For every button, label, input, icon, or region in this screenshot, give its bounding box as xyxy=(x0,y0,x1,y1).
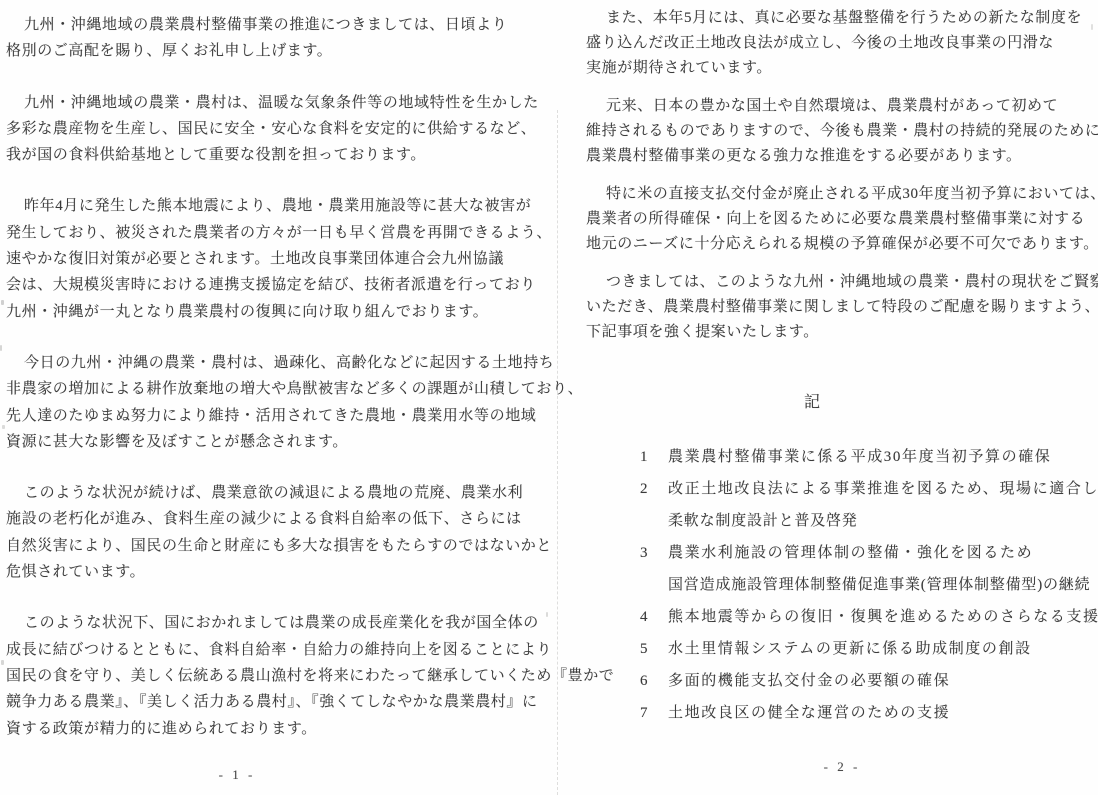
paragraph-environment: 元来、日本の豊かな国土や自然環境は、農業農村があって初めて 維持されるものであり… xyxy=(586,94,1088,169)
text-line: 資源に甚大な影響を及ぼすことが懸念されます。 xyxy=(6,429,524,455)
scan-speck xyxy=(0,345,2,351)
text-line: 農業農村整備事業の更なる強力な推進をする必要があります。 xyxy=(586,144,1088,169)
text-line: 九州・沖縄が一丸となり農業農村の復興に向け取り組んでおります。 xyxy=(6,299,524,325)
list-item-number: 6 xyxy=(640,665,668,697)
text-line: 多彩な農産物を生産し、国民に安全・安心な食料を安定的に供給するなど、 xyxy=(6,116,524,142)
list-item: 6多面的機能支払交付金の必要額の確保 xyxy=(640,665,1088,697)
page-fold-line xyxy=(557,110,558,795)
page-2: また、本年5月には、真に必要な基盤整備を行うための新たな制度を 盛り込んだ改正土… xyxy=(586,6,1088,775)
text-line: 施設の老朽化が進み、食料生産の減少による食料自給率の低下、さらには xyxy=(6,506,524,532)
list-item: 4熊本地震等からの復旧・復興を進めるためのさらなる支援 xyxy=(640,601,1088,633)
list-item: 3農業水利施設の管理体制の整備・強化を図るため 国営造成施設管理体制整備促進事業… xyxy=(640,537,1088,601)
page-number-1: - 1 - xyxy=(0,767,496,783)
list-item-text: 多面的機能支払交付金の必要額の確保 xyxy=(668,673,950,689)
text-line: 実施が期待されています。 xyxy=(586,56,1088,81)
text-line: 格別のご高配を賜り、厚くお礼申し上げます。 xyxy=(6,38,524,64)
scan-speck xyxy=(1,300,4,305)
proposal-list: 1農業農村整備事業に係る平成30年度当初予算の確保 2改正土地改良法による事業推… xyxy=(640,441,1088,729)
text-line: 九州・沖縄地域の農業・農村は、温暖な気象条件等の地域特性を生かした xyxy=(6,90,524,116)
list-item-number: 1 xyxy=(640,441,668,473)
list-item-number: 7 xyxy=(640,697,668,729)
text-line: つきましては、このような九州・沖縄地域の農業・農村の現状をご賢察 xyxy=(586,270,1088,295)
list-item-number: 2 xyxy=(640,473,668,505)
text-line: 会は、大規模災害時における連携支援協定を結び、技術者派遣を行っており xyxy=(6,272,524,298)
list-item-text: 農業水利施設の管理体制の整備・強化を図るため xyxy=(668,545,1033,561)
text-line: 我が国の食料供給基地として重要な役割を担っております。 xyxy=(6,142,524,168)
list-item-number: 3 xyxy=(640,537,668,569)
scan-speck xyxy=(1091,24,1093,30)
paragraph-request: つきましては、このような九州・沖縄地域の農業・農村の現状をご賢察 いただき、農業… xyxy=(586,270,1088,345)
text-line: いただき、農業農村整備事業に関しまして特段のご配慮を賜りますよう、 xyxy=(586,295,1088,320)
scan-speck xyxy=(1,660,4,665)
text-line: 発生しており、被災された農業者の方々が一日も早く営農を再開できるよう、 xyxy=(6,220,524,246)
text-line: 非農家の増加による耕作放棄地の増大や鳥獣被害など多くの課題が山積しており、 xyxy=(6,376,524,402)
paragraph-rural-issues: 今日の九州・沖縄の農業・農村は、過疎化、高齢化などに起因する土地持ち 非農家の増… xyxy=(6,350,524,455)
text-line: 資する政策が精力的に進められております。 xyxy=(6,716,524,742)
list-item-text: 国営造成施設管理体制整備促進事業(管理体制整備型)の継続 xyxy=(640,569,1088,601)
section-marker-ki: 記 xyxy=(563,390,1065,415)
text-line: 競争力ある農業』、『美しく活力ある農村』、『強くてしなやかな農業農村』に xyxy=(6,689,524,715)
paragraph-region-role: 九州・沖縄地域の農業・農村は、温暖な気象条件等の地域特性を生かした 多彩な農産物… xyxy=(6,90,524,169)
list-item: 5水土里情報システムの更新に係る助成制度の創設 xyxy=(640,633,1088,665)
paragraph-greeting: 九州・沖縄地域の農業農村整備事業の推進につきましては、日頃より 格別のご高配を賜… xyxy=(6,12,524,65)
text-line: また、本年5月には、真に必要な基盤整備を行うための新たな制度を xyxy=(586,6,1088,31)
text-line: 元来、日本の豊かな国土や自然環境は、農業農村があって初めて xyxy=(586,94,1088,119)
text-line: 九州・沖縄地域の農業農村整備事業の推進につきましては、日頃より xyxy=(6,12,524,38)
paragraph-national-policy: このような状況下、国におかれましては農業の成長産業化を我が国全体の 成長に結びつ… xyxy=(6,610,524,741)
paragraph-kumamoto-earthquake: 昨年4月に発生した熊本地震により、農地・農業用施設等に甚大な被害が 発生しており… xyxy=(6,193,524,324)
text-line: このような状況下、国におかれましては農業の成長産業化を我が国全体の xyxy=(6,610,524,636)
list-item-text: 改正土地改良法による事業推進を図るため、現場に適合した xyxy=(668,481,1098,497)
text-line: 特に米の直接支払交付金が廃止される平成30年度当初予算においては、 xyxy=(586,182,1088,207)
text-line: 今日の九州・沖縄の農業・農村は、過疎化、高齢化などに起因する土地持ち xyxy=(6,350,524,376)
list-item-text: 土地改良区の健全な運営のための支援 xyxy=(668,705,950,721)
list-item-text: 柔軟な制度設計と普及啓発 xyxy=(640,505,1088,537)
text-line: 農業者の所得確保・向上を図るために必要な農業農村整備事業に対する xyxy=(586,207,1088,232)
scan-speck xyxy=(546,612,548,617)
text-line: 昨年4月に発生した熊本地震により、農地・農業用施設等に甚大な被害が xyxy=(6,193,524,219)
text-line: 自然災害により、国民の生命と財産にも多大な損害をもたらすのではないかと xyxy=(6,533,524,559)
list-item-text: 熊本地震等からの復旧・復興を進めるためのさらなる支援 xyxy=(668,609,1098,625)
text-line: 地元のニーズに十分応えられる規模の予算確保が必要不可欠であります。 xyxy=(586,232,1088,257)
text-line: 危惧されています。 xyxy=(6,559,524,585)
list-item-text: 水土里情報システムの更新に係る助成制度の創設 xyxy=(668,641,1032,657)
list-item: 7土地改良区の健全な運営のための支援 xyxy=(640,697,1088,729)
list-item-number: 5 xyxy=(640,633,668,665)
page-1: 九州・沖縄地域の農業農村整備事業の推進につきましては、日頃より 格別のご高配を賜… xyxy=(6,12,524,783)
list-item-number: 4 xyxy=(640,601,668,633)
list-item: 2改正土地改良法による事業推進を図るため、現場に適合した 柔軟な制度設計と普及啓… xyxy=(640,473,1088,537)
paragraph-land-improvement-act: また、本年5月には、真に必要な基盤整備を行うための新たな制度を 盛り込んだ改正土… xyxy=(586,6,1088,81)
text-line: 維持されるものでありますので、今後も農業・農村の持続的発展のために xyxy=(586,119,1088,144)
paragraph-concerns: このような状況が続けば、農業意欲の減退による農地の荒廃、農業水利 施設の老朽化が… xyxy=(6,480,524,585)
text-line: 国民の食を守り、美しく伝統ある農山漁村を将来にわたって継承していくため『豊かで xyxy=(6,663,524,689)
text-line: 先人達のたゆまぬ努力により維持・活用されてきた農地・農業用水等の地域 xyxy=(6,403,524,429)
text-line: このような状況が続けば、農業意欲の減退による農地の荒廃、農業水利 xyxy=(6,480,524,506)
paragraph-budget: 特に米の直接支払交付金が廃止される平成30年度当初予算においては、 農業者の所得… xyxy=(586,182,1088,257)
scan-speck xyxy=(2,425,5,429)
list-item-text: 農業農村整備事業に係る平成30年度当初予算の確保 xyxy=(668,449,1051,465)
text-line: 速やかな復旧対策が必要とされます。土地改良事業団体連合会九州協議 xyxy=(6,246,524,272)
text-line: 下記事項を強く提案いたします。 xyxy=(586,320,1088,345)
text-line: 成長に結びつけるとともに、食料自給率・自給力の維持向上を図ることにより xyxy=(6,637,524,663)
text-line: 盛り込んだ改正土地改良法が成立し、今後の土地改良事業の円滑な xyxy=(586,31,1088,56)
scanned-document-spread: 九州・沖縄地域の農業農村整備事業の推進につきましては、日頃より 格別のご高配を賜… xyxy=(0,0,1098,795)
list-item: 1農業農村整備事業に係る平成30年度当初予算の確保 xyxy=(640,441,1088,473)
page-number-2: - 2 - xyxy=(591,759,1093,775)
